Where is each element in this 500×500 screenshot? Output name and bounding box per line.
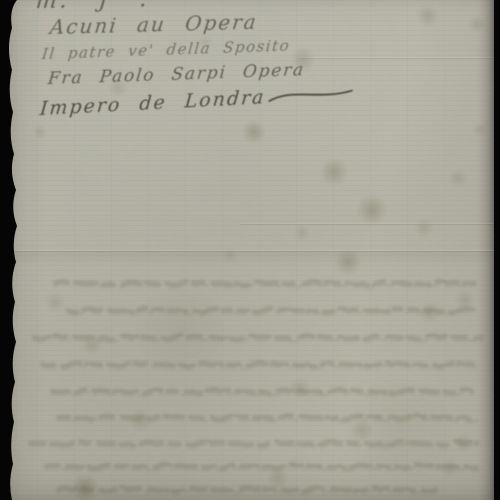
- manuscript-page: m. j . Acuni au Opera Il patre ve' della…: [0, 0, 494, 500]
- manuscript-photo: m. j . Acuni au Opera Il patre ve' della…: [0, 0, 500, 500]
- photo-vignette: [0, 0, 494, 500]
